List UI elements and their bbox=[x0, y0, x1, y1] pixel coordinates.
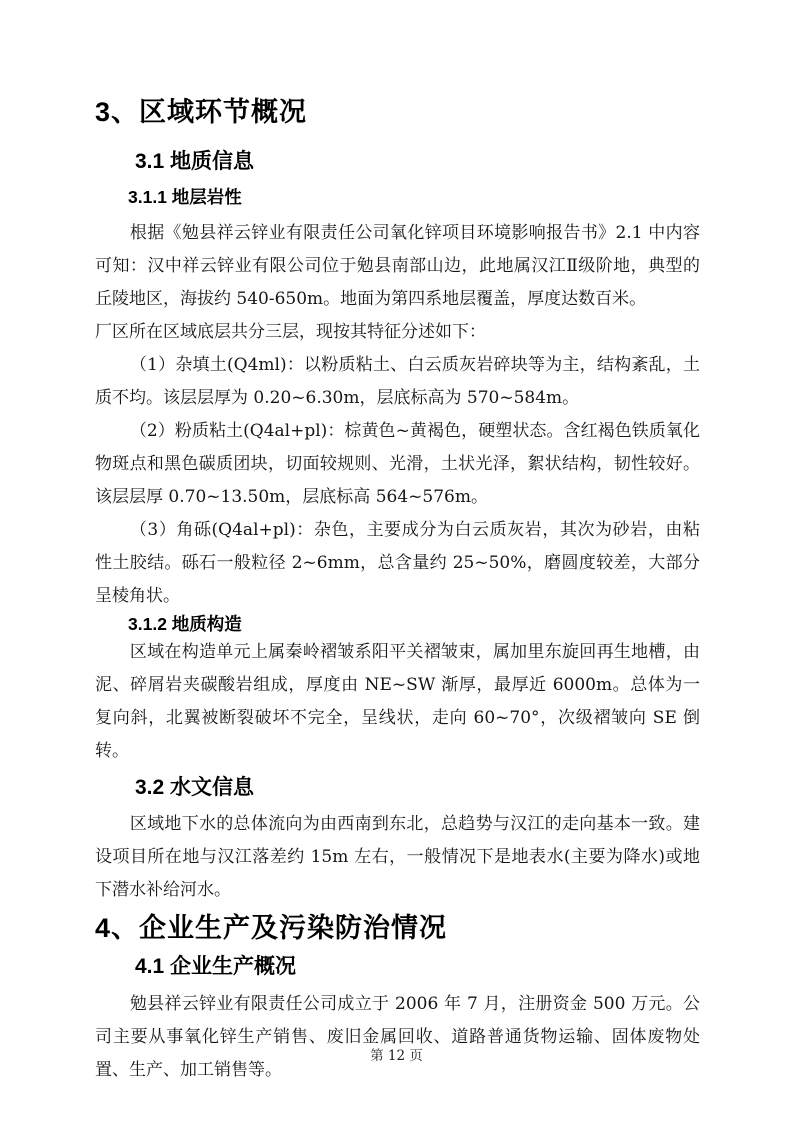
section-3-2-heading: 3.2 水文信息 bbox=[135, 774, 700, 801]
paragraph-strata-lead-in: 厂区所在区域底层共分三层，现按其特征分述如下： bbox=[95, 316, 700, 349]
section-3-1-1-heading: 3.1.1 地层岩性 bbox=[128, 186, 700, 209]
page-number: 第 12 页 bbox=[0, 1047, 793, 1065]
paragraph-stratum-1: （1）杂填土(Q4ml)：以粉质粘土、白云质灰岩碎块等为主，结构紊乱，土质不均。… bbox=[95, 349, 700, 415]
section-3-1-2-heading: 3.1.2 地质构造 bbox=[128, 613, 700, 636]
section-3-1-heading: 3.1 地质信息 bbox=[135, 148, 700, 175]
paragraph-geology-intro: 根据《勉县祥云锌业有限责任公司氧化锌项目环境影响报告书》2.1 中内容可知：汉中… bbox=[95, 217, 700, 316]
section-4-heading: 4、企业生产及污染防治情况 bbox=[95, 912, 700, 945]
paragraph-hydrology: 区域地下水的总体流向为由西南到东北，总趋势与汉江的走向基本一致。建设项目所在地与… bbox=[95, 808, 700, 907]
section-3-heading: 3、区域环节概况 bbox=[95, 96, 700, 129]
document-page: 3、区域环节概况 3.1 地质信息 3.1.1 地层岩性 根据《勉县祥云锌业有限… bbox=[0, 0, 793, 1122]
paragraph-stratum-3: （3）角砾(Q4al+pl)：杂色，主要成分为白云质灰岩，其次为砂岩，由粘性土胶… bbox=[95, 514, 700, 613]
paragraph-stratum-2: （2）粉质粘土(Q4al+pl)：棕黄色~黄褐色，硬塑状态。含红褐色铁质氧化物斑… bbox=[95, 415, 700, 514]
paragraph-company-overview: 勉县祥云锌业有限责任公司成立于 2006 年 7 月，注册资金 500 万元。公… bbox=[95, 988, 700, 1087]
section-4-1-heading: 4.1 企业生产概况 bbox=[135, 953, 700, 980]
paragraph-geologic-structure: 区域在构造单元上属秦岭褶皱系阳平关褶皱束，属加里东旋回再生地槽，由泥、碎屑岩夹碳… bbox=[95, 636, 700, 768]
